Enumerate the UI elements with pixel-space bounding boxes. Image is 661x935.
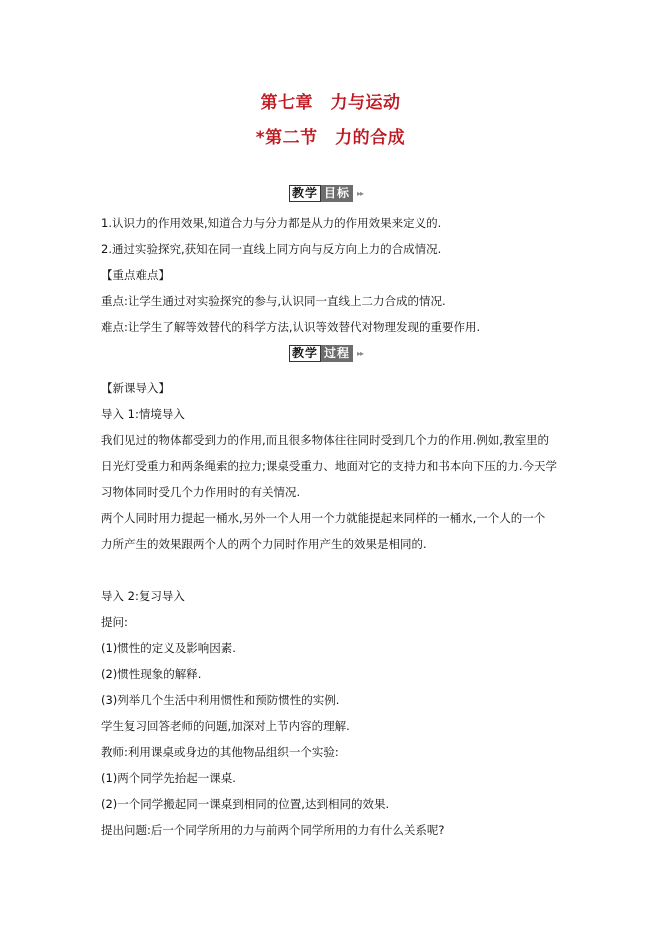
difficult-point-text: 难点:让学生了解等效替代的科学方法,认识等效替代对物理发现的重要作用. [101, 320, 480, 334]
question-item: (3)列举几个生活中利用惯性和预防惯性的实例. [101, 693, 339, 707]
double-arrow-icon: ▸▸ [357, 345, 363, 362]
badge-right-label: 目标 [321, 185, 353, 202]
experiment-step: (1)两个同学先抬起一课桌. [101, 771, 236, 785]
badge-left-label: 教学 [289, 185, 321, 202]
paragraph-line: 习物体同时受几个力作用时的有关情况. [101, 485, 300, 499]
key-points-heading: 【重点难点】 [101, 268, 170, 282]
raise-question-text: 提出问题:后一个同学所用的力与前两个同学所用的力有什么关系呢? [101, 823, 444, 837]
badge-right-label: 过程 [321, 345, 353, 362]
student-review-text: 学生复习回答老师的问题,加深对上节内容的理解. [101, 719, 350, 733]
paragraph-line: 两个人同时用力提起一桶水,另外一个人用一个力就能提起来同样的一桶水,一个人的一个 [101, 511, 545, 525]
intro2-heading: 导入 2:复习导入 [101, 589, 185, 603]
question-item: (2)惯性现象的解释. [101, 667, 201, 681]
intro1-heading: 导入 1:情境导入 [101, 407, 185, 421]
badge-left-label: 教学 [289, 345, 321, 362]
new-lesson-heading: 【新课导入】 [101, 381, 170, 395]
chapter-title: 第七章 力与运动 [0, 88, 661, 113]
paragraph-line: 日光灯受重力和两条绳索的拉力;课桌受重力、地面对它的支持力和书本向下压的力.今天… [101, 459, 557, 473]
goal-item: 2.通过实验探究,获知在同一直线上同方向与反方向上力的合成情况. [101, 242, 441, 256]
section-title: *第二节 力的合成 [0, 123, 661, 148]
document-page: 第七章 力与运动 *第二节 力的合成 教学 目标 ▸▸ 1.认识力的作用效果,知… [0, 0, 661, 935]
double-arrow-icon: ▸▸ [357, 185, 363, 202]
paragraph-line: 力所产生的效果跟两个人的两个力同时作用产生的效果是相同的. [101, 537, 427, 551]
teacher-instruction-text: 教师:利用课桌或身边的其他物品组织一个实验: [101, 745, 339, 759]
teaching-goals-badge: 教学 目标 ▸▸ [289, 185, 363, 202]
question-item: (1)惯性的定义及影响因素. [101, 641, 236, 655]
experiment-step: (2)一个同学搬起同一课桌到相同的位置,达到相同的效果. [101, 797, 389, 811]
questions-label: 提问: [101, 615, 128, 629]
goal-item: 1.认识力的作用效果,知道合力与分力都是从力的作用效果来定义的. [101, 216, 441, 230]
key-point-text: 重点:让学生通过对实验探究的参与,认识同一直线上二力合成的情况. [101, 294, 446, 308]
paragraph-line: 我们见过的物体都受到力的作用,而且很多物体往往同时受到几个力的作用.例如,教室里… [101, 433, 549, 447]
teaching-process-badge: 教学 过程 ▸▸ [289, 345, 363, 362]
